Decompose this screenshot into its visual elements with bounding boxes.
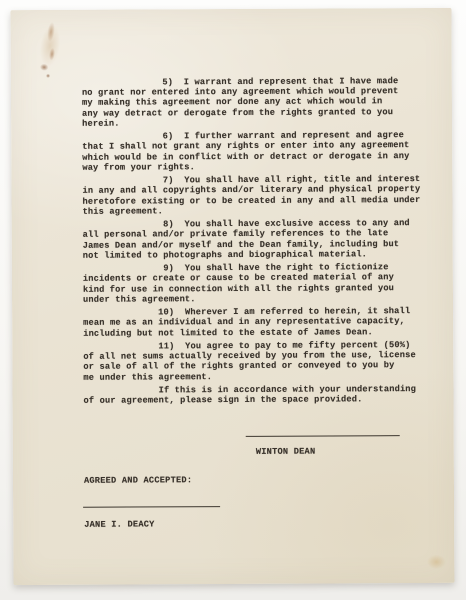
paragraph-8: 8) You shall have exclusive access to an… [83,218,433,261]
jane-deacy-name: JANE I. DEACY [84,519,154,529]
paragraph-5: 5) I warrant and represent that I have m… [82,76,432,129]
paragraph-10: 10) Wherever I am referred to herein, it… [83,306,433,338]
winton-dean-name: WINTON DEAN [256,447,316,457]
document-page: 5) I warrant and represent that I have m… [10,8,454,585]
photo-background: 5) I warrant and represent that I have m… [0,0,466,600]
paragraph-11: 11) You agree to pay to me fifty percent… [83,340,433,383]
tan-stain [418,549,448,575]
jane-deacy-signature-line [83,506,220,508]
document-body: 5) I warrant and represent that I have m… [82,76,434,409]
rust-stain [28,14,73,84]
winton-dean-signature-line [246,435,400,437]
agreed-accepted-label: AGREED AND ACCEPTED: [84,475,192,486]
closing-instruction: If this is in accordance with your under… [83,384,433,406]
paragraph-6: 6) I further warrant and represent and a… [82,130,432,173]
paragraph-9: 9) You shall have the right to fictioniz… [83,262,433,305]
paragraph-7: 7) You shall have all right, title and i… [82,174,432,217]
